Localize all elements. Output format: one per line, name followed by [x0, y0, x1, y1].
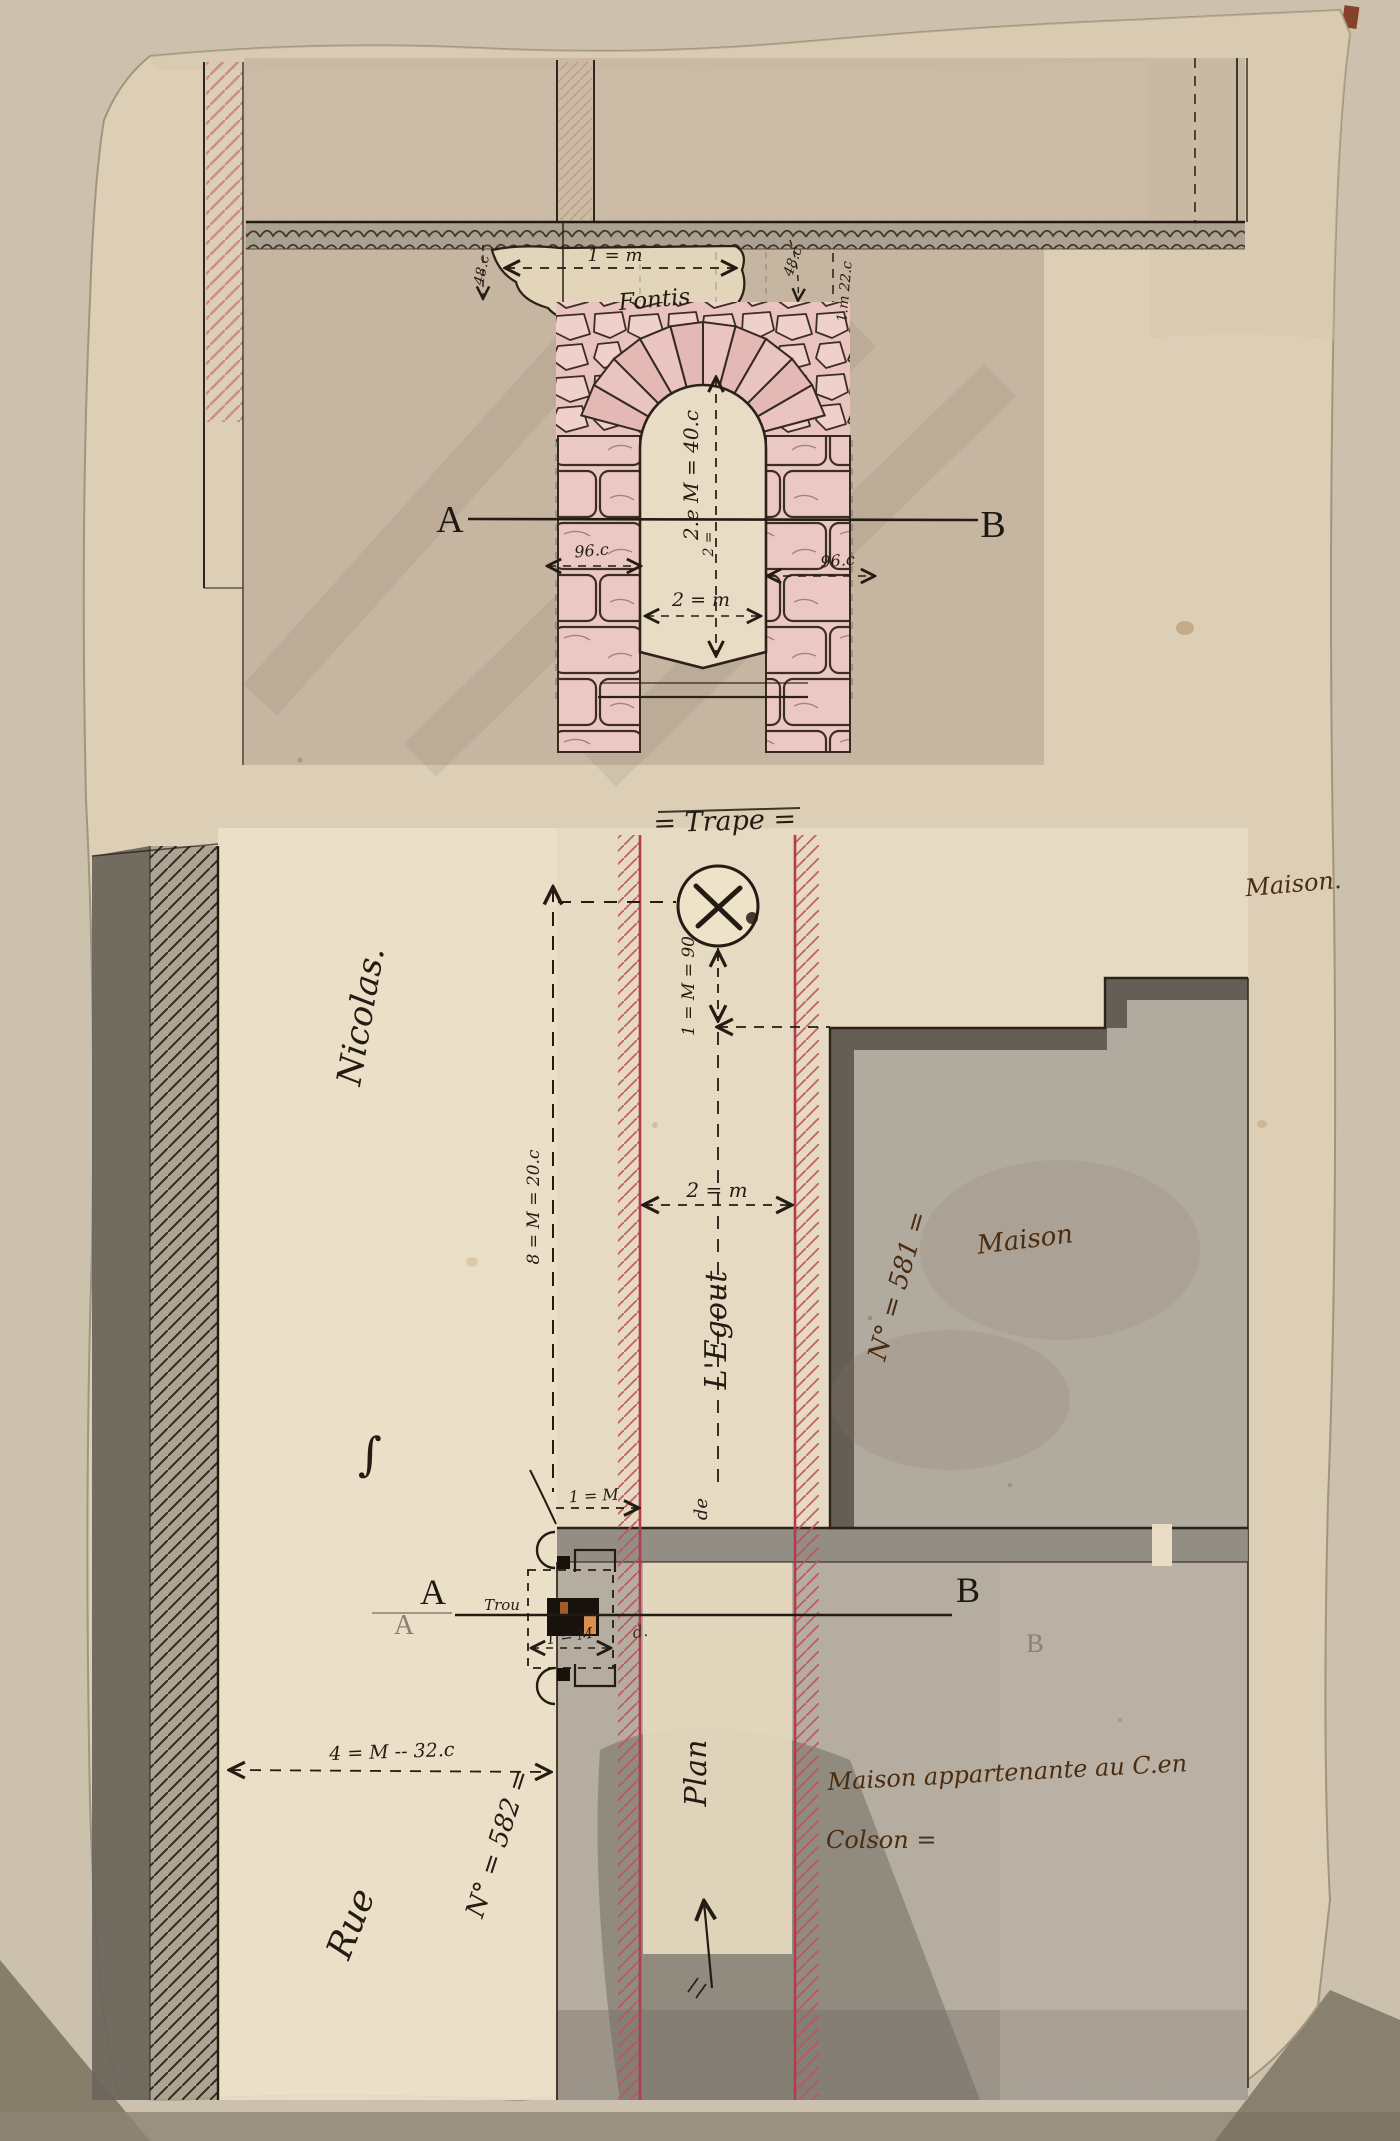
dim-wall-top: 1 = M: [568, 1485, 620, 1507]
dim-fontis-width: 1 = m: [587, 245, 642, 266]
sewer-strip-lower: [643, 1562, 792, 1954]
right-pier: [766, 436, 850, 752]
owner-line2: Colson =: [826, 1826, 936, 1854]
plan-label: Plan: [679, 1740, 714, 1808]
plan-marker-b: B: [956, 1570, 980, 1610]
dim-pier-left: 96.c: [574, 540, 610, 562]
section-marker-a: A: [436, 499, 464, 541]
ink-flourish: ∫: [358, 1427, 382, 1481]
left-pier: [558, 436, 640, 752]
plan-view: = Trape = 1 = M = 90 Maison. Nicolas. Ru…: [92, 804, 1343, 2100]
dim-axis-length: 8 = M = 20.c: [524, 1149, 544, 1264]
dim-trap-offset: 1 = M = 90: [679, 936, 699, 1036]
dim-street-width: 4 = M -- 32.c: [328, 1739, 455, 1765]
upper-wall-strip: [557, 60, 594, 222]
trap-label: = Trape =: [653, 804, 797, 840]
plan-marker-a-pencil: A: [394, 1610, 415, 1641]
dim-arch-height-small: 2 =: [701, 531, 717, 557]
dim-sewer-width: 2 = m: [685, 1178, 747, 1202]
wash-upper: [244, 58, 1245, 230]
section-marker-b: B: [980, 504, 1005, 546]
dim-opening-width: 2 = m: [671, 589, 730, 611]
party-wall: [557, 1524, 1248, 1566]
hole-label-trou: Trou: [484, 1596, 520, 1614]
sewer-label-d: d.: [631, 1621, 649, 1642]
street-left-wall: [92, 844, 218, 2100]
architectural-drawing: A B Fontis 1 = m 48.c 48.c 1.m 22.c 2.e …: [0, 0, 1400, 2141]
section-cut-line-top: [468, 519, 978, 520]
sewer-label-egout: L'Egout: [699, 1270, 734, 1391]
plan-marker-a: A: [420, 1572, 446, 1612]
dim-pier-right: 96.c: [820, 550, 856, 572]
dim-arch-height: 2.e M = 40.c: [679, 410, 703, 541]
wall-door-gap: [1152, 1524, 1172, 1566]
pavement: [246, 222, 1245, 249]
street-surface: [218, 828, 557, 2100]
arch-opening: [640, 385, 766, 668]
plan-marker-b-pencil: B: [1026, 1629, 1043, 1658]
sewer-label-de: de: [691, 1498, 712, 1520]
drawing-canvas: A B Fontis 1 = m 48.c 48.c 1.m 22.c 2.e …: [0, 0, 1400, 2141]
